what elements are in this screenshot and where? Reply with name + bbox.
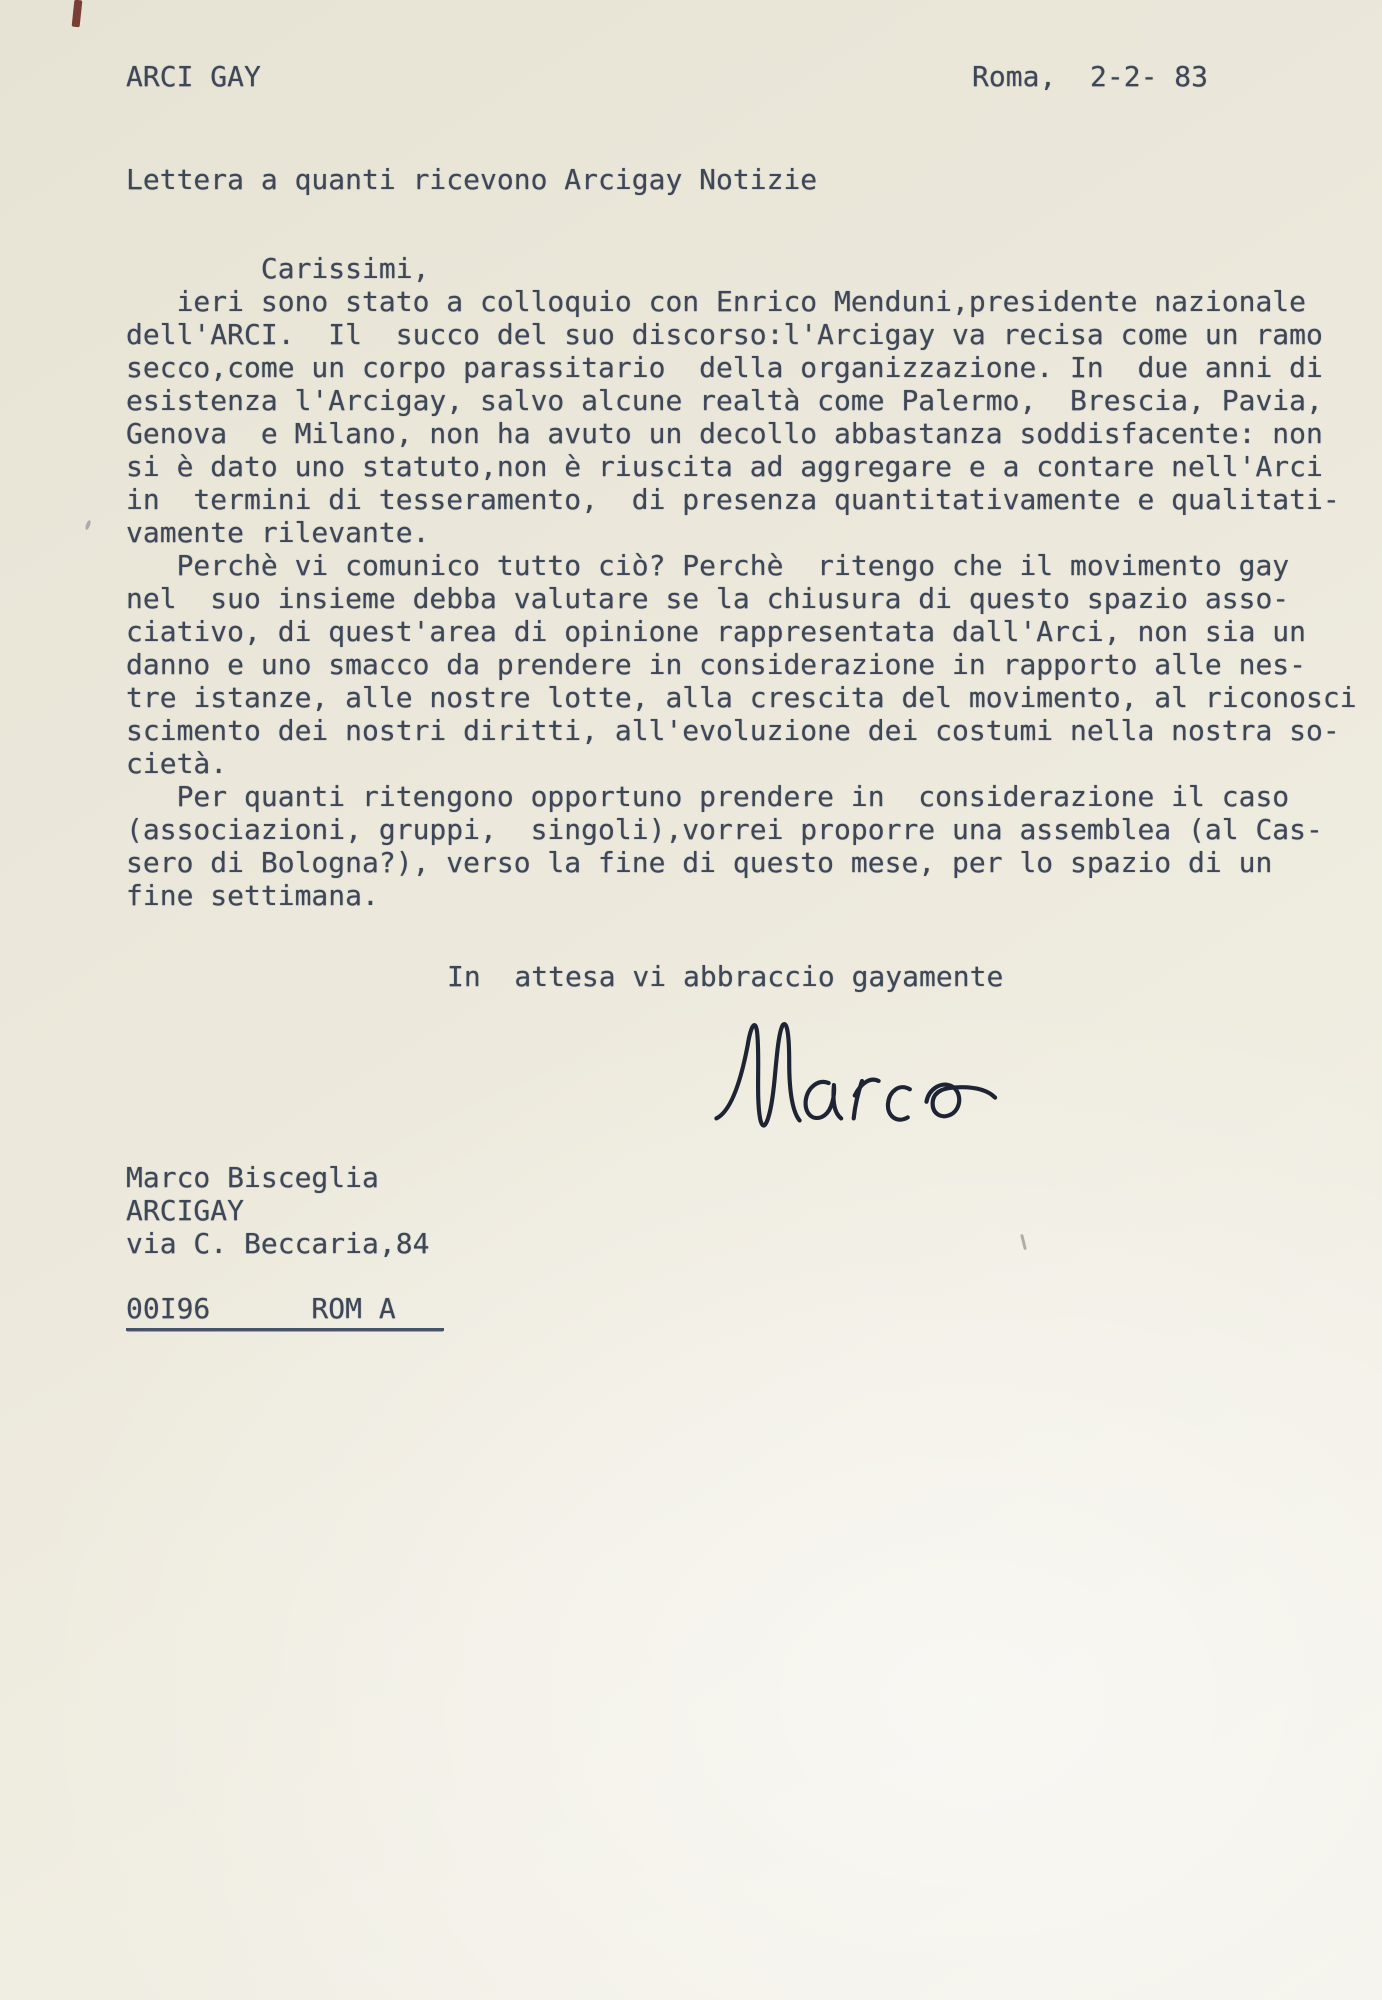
closing-line: In attesa vi abbraccio gayamente bbox=[447, 960, 1003, 993]
scan-artifact-red-mark bbox=[72, 0, 83, 27]
signature-stroke bbox=[806, 1082, 842, 1118]
sender-org-header: ARCI GAY bbox=[126, 60, 261, 93]
postal-code-text: 00I96 ROM A bbox=[126, 1292, 444, 1331]
dateline: Roma, 2-2- 83 bbox=[972, 60, 1208, 93]
letter-body: Carissimi, ieri sono stato a colloquio c… bbox=[126, 252, 1357, 912]
pen-stray-mark bbox=[1020, 1234, 1027, 1250]
signature-stroke bbox=[888, 1085, 995, 1120]
signature-stroke bbox=[716, 1024, 799, 1125]
ink-speck bbox=[84, 520, 91, 531]
handwritten-signature-marco bbox=[706, 1012, 1018, 1152]
subject-line: Lettera a quanti ricevono Arcigay Notizi… bbox=[126, 163, 817, 196]
sender-address-block: Marco Bisceglia ARCIGAY via C. Beccaria,… bbox=[126, 1161, 429, 1260]
signature-stroke bbox=[854, 1080, 879, 1119]
letter-page: ARCI GAY Roma, 2-2- 83 Lettera a quanti … bbox=[0, 0, 1382, 2000]
postal-code-line: 00I96 ROM A bbox=[126, 1292, 444, 1331]
